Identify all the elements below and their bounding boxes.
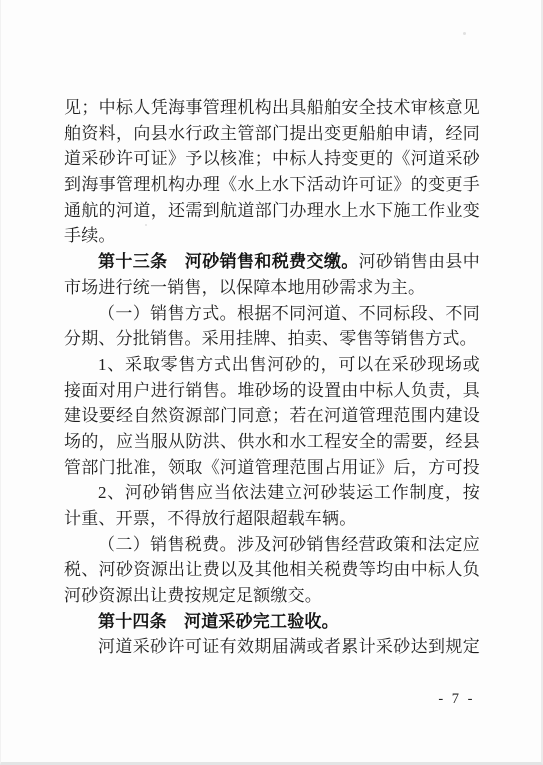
doc-line: 通航的河道，还需到航道部门办理水上水下施工作业变更许可等 (64, 198, 480, 224)
doc-line: （一）销售方式。根据不同河道、不同标段、不同时段采取 (64, 301, 480, 327)
doc-line-text: 分期、分批销售。采用挂牌、拍卖、零售等销售方式。 (64, 329, 477, 348)
article-heading: 第十四条 河道采砂完工验收。 (98, 612, 339, 631)
doc-line-text: 河砂资源出让费按规定足额缴交。 (64, 586, 322, 605)
doc-line: 2、河砂销售应当依法建立河砂装运工作制度，按规定装载、 (64, 480, 480, 506)
doc-line: 到海事管理机构办理《水上水下活动许可证》的变更手续。涉及 (64, 172, 480, 198)
doc-line-article-13: 第十三条 河砂销售和税费交缴。河砂销售由县中标人面向 (64, 249, 480, 275)
doc-line-text: 管部门批准，领取《河道管理范围占用证》后，方可投入使用。 (64, 458, 480, 481)
doc-line: 河道采砂许可证有效期届满或者累计采砂达到规定总量的 (64, 634, 480, 660)
doc-line-text: 手续。 (64, 226, 116, 245)
doc-line: 管部门批准，领取《河道管理范围占用证》后，方可投入使用。 (64, 455, 480, 481)
doc-line: 场的，应当服从防洪、供水和水工程安全的需要，经县水行政主 (64, 429, 480, 455)
scan-speck (463, 32, 466, 35)
doc-line: 计重、开票，不得放行超限超载车辆。 (64, 506, 480, 532)
doc-line-text: 建设要经自然资源部门同意；若在河道管理范围内建设临时堆砂 (64, 406, 480, 429)
doc-line-text: 接面对用户进行销售。堆砂场的设置由中标人负责，具体选址和 (64, 381, 480, 404)
doc-line-text: 计重、开票，不得放行超限超载车辆。 (64, 509, 356, 528)
doc-line: 道采砂许可证》予以核准；中标人持变更的《河道采砂许可证》 (64, 146, 480, 172)
doc-line-text: 河道采砂许可证有效期届满或者累计采砂达到规定总量的 (64, 637, 480, 660)
doc-line-text: 见；中标人凭海事管理机构出具船舶安全技术审核意见和有关船 (64, 98, 480, 121)
doc-line-text: 通航的河道，还需到航道部门办理水上水下施工作业变更许可等 (64, 201, 480, 224)
doc-line-text: （二）销售税费。涉及河砂销售经营政策和法定应付的资源 (64, 535, 480, 558)
doc-line-text: 场的，应当服从防洪、供水和水工程安全的需要，经县水行政主 (64, 432, 480, 455)
doc-line-text: 到海事管理机构办理《水上水下活动许可证》的变更手续。涉及 (64, 175, 480, 198)
page-number: - 7 - (438, 691, 475, 708)
document-page: 见；中标人凭海事管理机构出具船舶安全技术审核意见和有关船 舶资料，向县水行政主管… (0, 0, 543, 765)
doc-line: 建设要经自然资源部门同意；若在河道管理范围内建设临时堆砂 (64, 403, 480, 429)
doc-line-text: 道采砂许可证》予以核准；中标人持变更的《河道采砂许可证》 (64, 149, 480, 172)
doc-line-text: 1、采取零售方式出售河砂的，可以在采砂现场或堆砂场直 (64, 355, 480, 378)
doc-line: 税、河砂资源出让费以及其他相关税费等均由中标人负责缴付。 (64, 557, 480, 583)
doc-line: 河砂资源出让费按规定足额缴交。 (64, 583, 480, 609)
doc-line-text: 税、河砂资源出让费以及其他相关税费等均由中标人负责缴付。 (64, 560, 480, 583)
doc-line-text: 市场进行统一销售，以保障本地用砂需求为主。 (64, 278, 425, 297)
doc-line: 分期、分批销售。采用挂牌、拍卖、零售等销售方式。 (64, 326, 480, 352)
doc-line-text: 舶资料，向县水行政主管部门提出变更船舶申请，经同意并在《河 (64, 124, 480, 147)
doc-line: 舶资料，向县水行政主管部门提出变更船舶申请，经同意并在《河 (64, 121, 480, 147)
doc-line-article-14: 第十四条 河道采砂完工验收。 (64, 609, 480, 635)
doc-line: 市场进行统一销售，以保障本地用砂需求为主。 (64, 275, 480, 301)
doc-line: 1、采取零售方式出售河砂的，可以在采砂现场或堆砂场直 (64, 352, 480, 378)
doc-line: 手续。 (64, 223, 480, 249)
doc-line-text: （一）销售方式。根据不同河道、不同标段、不同时段采取 (64, 304, 480, 327)
doc-line: 见；中标人凭海事管理机构出具船舶安全技术审核意见和有关船 (64, 95, 480, 121)
document-body: 见；中标人凭海事管理机构出具船舶安全技术审核意见和有关船 舶资料，向县水行政主管… (64, 95, 480, 660)
article-heading: 第十三条 河砂销售和税费交缴。 (98, 252, 359, 271)
doc-line-text: 2、河砂销售应当依法建立河砂装运工作制度，按规定装载、 (64, 483, 480, 506)
doc-line: 接面对用户进行销售。堆砂场的设置由中标人负责，具体选址和 (64, 378, 480, 404)
doc-line: （二）销售税费。涉及河砂销售经营政策和法定应付的资源 (64, 532, 480, 558)
